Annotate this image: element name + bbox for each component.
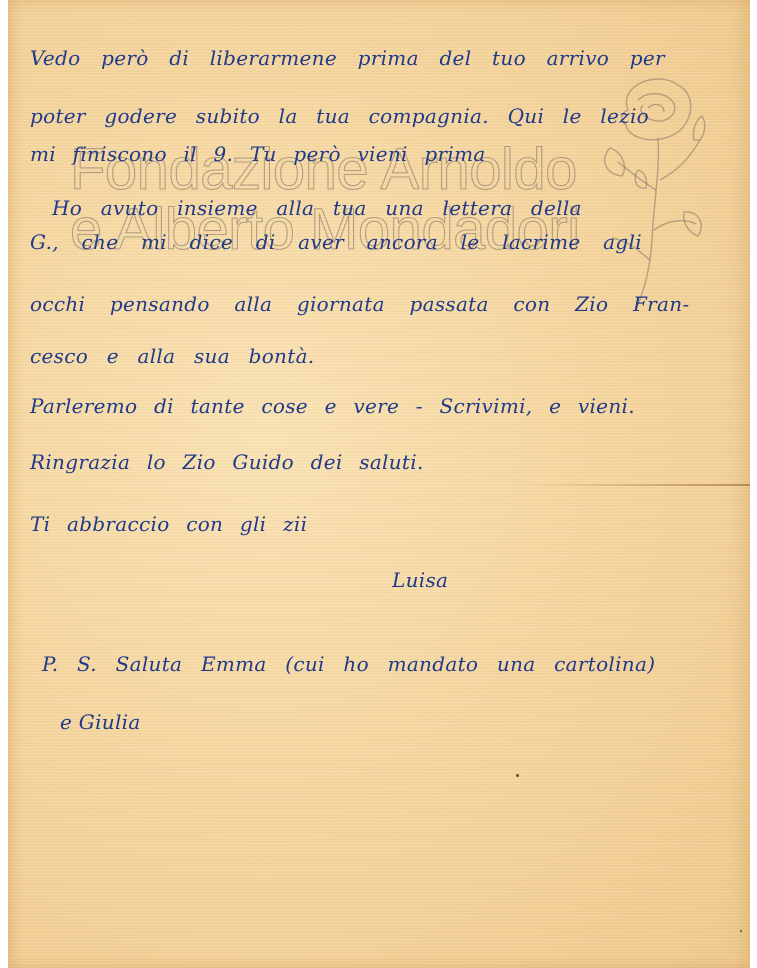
postscript-line-1: P. S. Saluta Emma (cui ho mandato una ca… bbox=[42, 652, 655, 676]
paper-speck bbox=[516, 774, 519, 777]
letter-line: G., che mi dice di aver ancora le lacrim… bbox=[30, 230, 642, 254]
letter-line: occhi pensando alla giornata passata con… bbox=[30, 292, 689, 316]
letter-line: poter godere subito la tua compagnia. Qu… bbox=[30, 104, 649, 128]
postscript-line-2: e Giulia bbox=[60, 710, 141, 734]
letter-line: Parleremo di tante cose e vere - Scrivim… bbox=[30, 394, 635, 418]
letter-page: Fondazione Arnoldo e Alberto Mondadori V… bbox=[8, 0, 750, 968]
signature: Luisa bbox=[392, 568, 448, 592]
letter-line: mi finiscono il 9. Tu però vieni prima bbox=[30, 142, 486, 166]
letter-line: cesco e alla sua bontà. bbox=[30, 344, 314, 368]
letter-line: Vedo però di liberarmene prima del tuo a… bbox=[30, 46, 665, 70]
letter-line: Ho avuto insieme alla tua una lettera de… bbox=[52, 196, 582, 220]
paper-fold bbox=[528, 484, 750, 486]
letter-line: Ti abbraccio con gli zii bbox=[30, 512, 307, 536]
letter-line: Ringrazia lo Zio Guido dei saluti. bbox=[30, 450, 424, 474]
paper-speck bbox=[740, 930, 742, 932]
